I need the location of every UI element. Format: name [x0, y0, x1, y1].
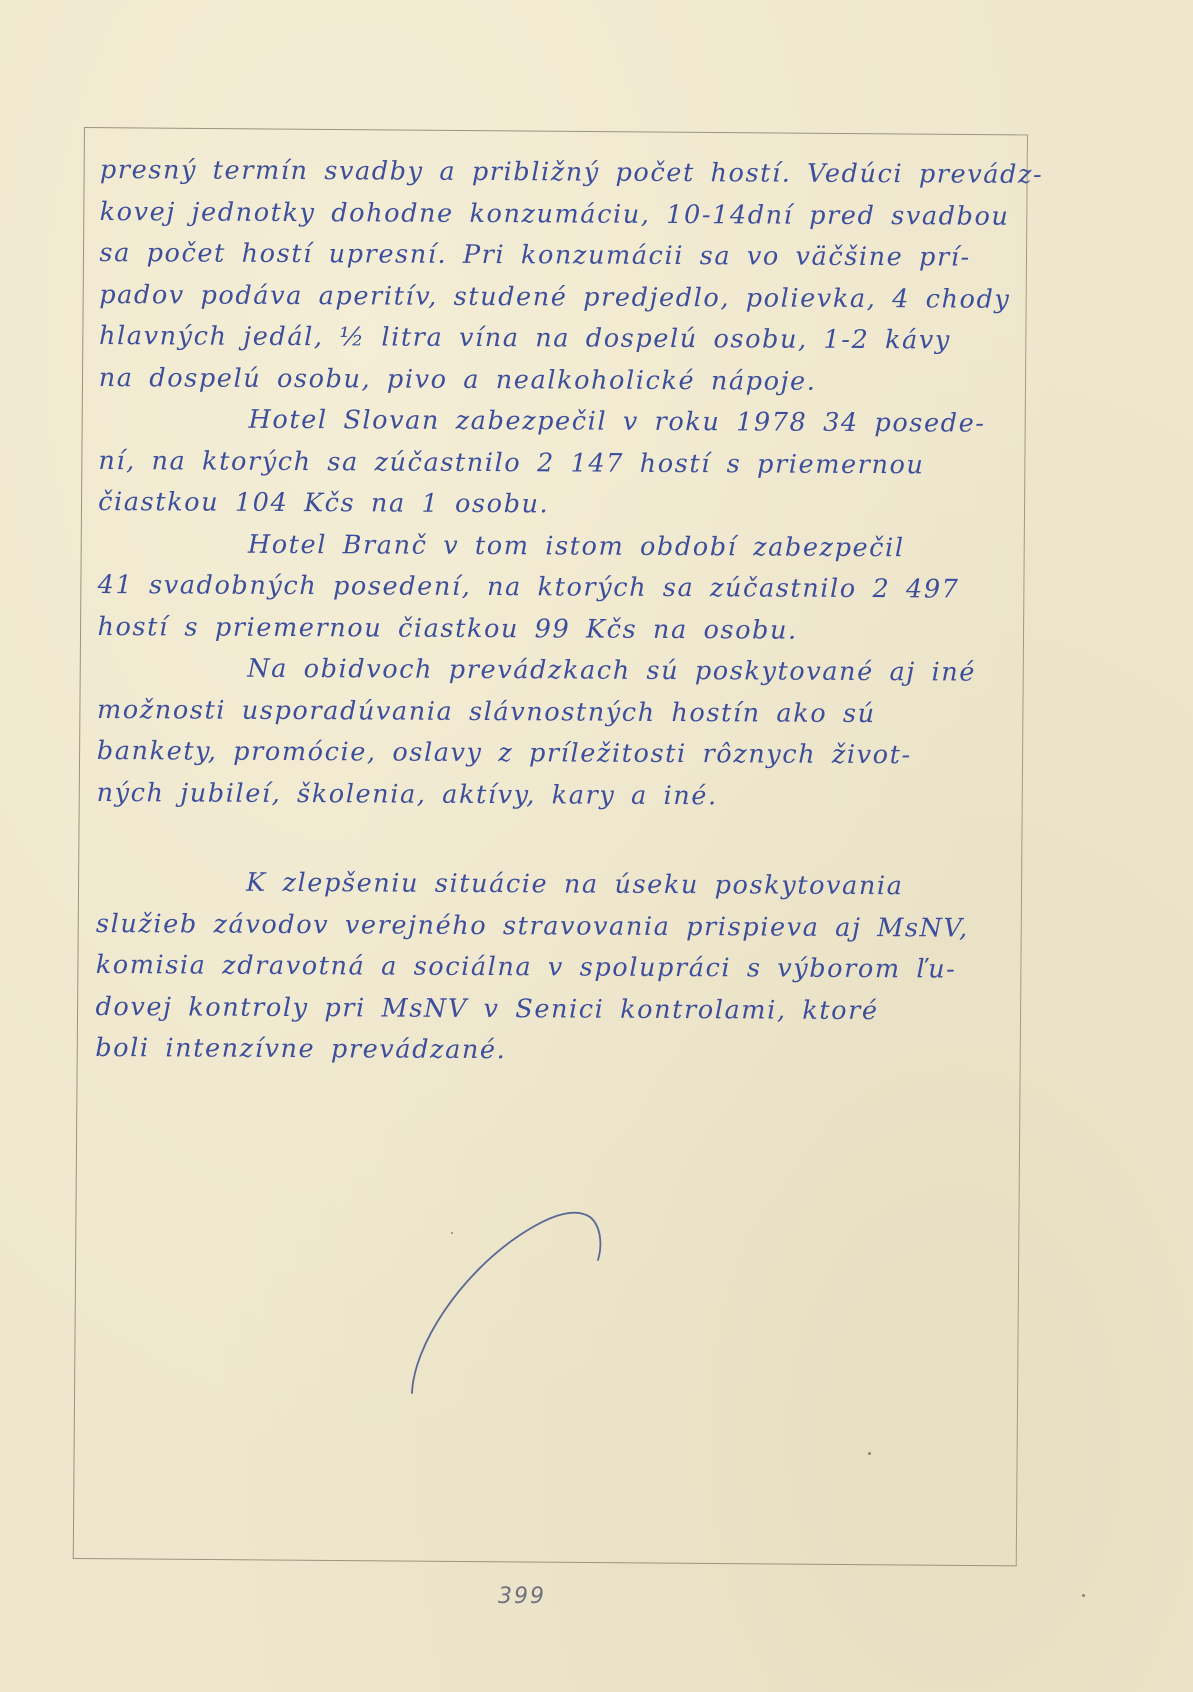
text-line: ných jubileí, školenia, aktívy, kary a i… [97, 772, 1017, 818]
text-line: dovej kontroly pri MsNV v Senici kontrol… [95, 986, 1015, 1032]
text-line: 41 svadobných posedení, na ktorých sa zú… [98, 565, 1018, 611]
handwritten-text-block: presný termín svadby a približný počet h… [95, 150, 1020, 1074]
text-line: presný termín svadby a približný počet h… [100, 150, 1020, 196]
text-line-indented: Na obidvoch prevádzkach sú poskytované a… [97, 648, 1017, 694]
text-line: na dospelú osobu, pivo a nealkoholické n… [99, 357, 1019, 403]
text-line: padov podáva aperitív, studené predjedlo… [99, 274, 1019, 320]
text-line-indented: K zlepšeniu situácie na úseku poskytovan… [96, 862, 1016, 908]
text-line: služieb závodov verejného stravovania pr… [96, 903, 1016, 949]
text-line: hostí s priemernou čiastkou 99 Kčs na os… [97, 606, 1017, 652]
text-line: čiastkou 104 Kčs na 1 osobu. [98, 482, 1018, 528]
end-flourish-stroke [400, 1195, 620, 1405]
paper-speck [1082, 1594, 1085, 1597]
text-line: kovej jednotky dohodne konzumáciu, 10-14… [100, 191, 1020, 237]
text-line: hlavných jedál, ½ litra vína na dospelú … [99, 316, 1019, 362]
page-number: 399 [498, 1584, 546, 1609]
text-line: komisia zdravotná a sociálna v spoluprác… [96, 945, 1016, 991]
text-line: možnosti usporadúvania slávnostných host… [97, 689, 1017, 735]
paper-speck [868, 1452, 871, 1455]
text-line: sa počet hostí upresní. Pri konzumácii s… [99, 233, 1019, 279]
text-line: ní, na ktorých sa zúčastnilo 2 147 hostí… [98, 440, 1018, 486]
text-line-indented: Hotel Branč v tom istom období zabezpeči… [98, 523, 1018, 569]
paper-speck [451, 1232, 453, 1234]
text-line-indented: Hotel Slovan zabezpečil v roku 1978 34 p… [98, 399, 1018, 445]
paragraph-gap [96, 814, 1016, 867]
text-line: boli intenzívne prevádzané. [95, 1028, 1015, 1074]
text-line: bankety, promócie, oslavy z príležitosti… [97, 731, 1017, 777]
